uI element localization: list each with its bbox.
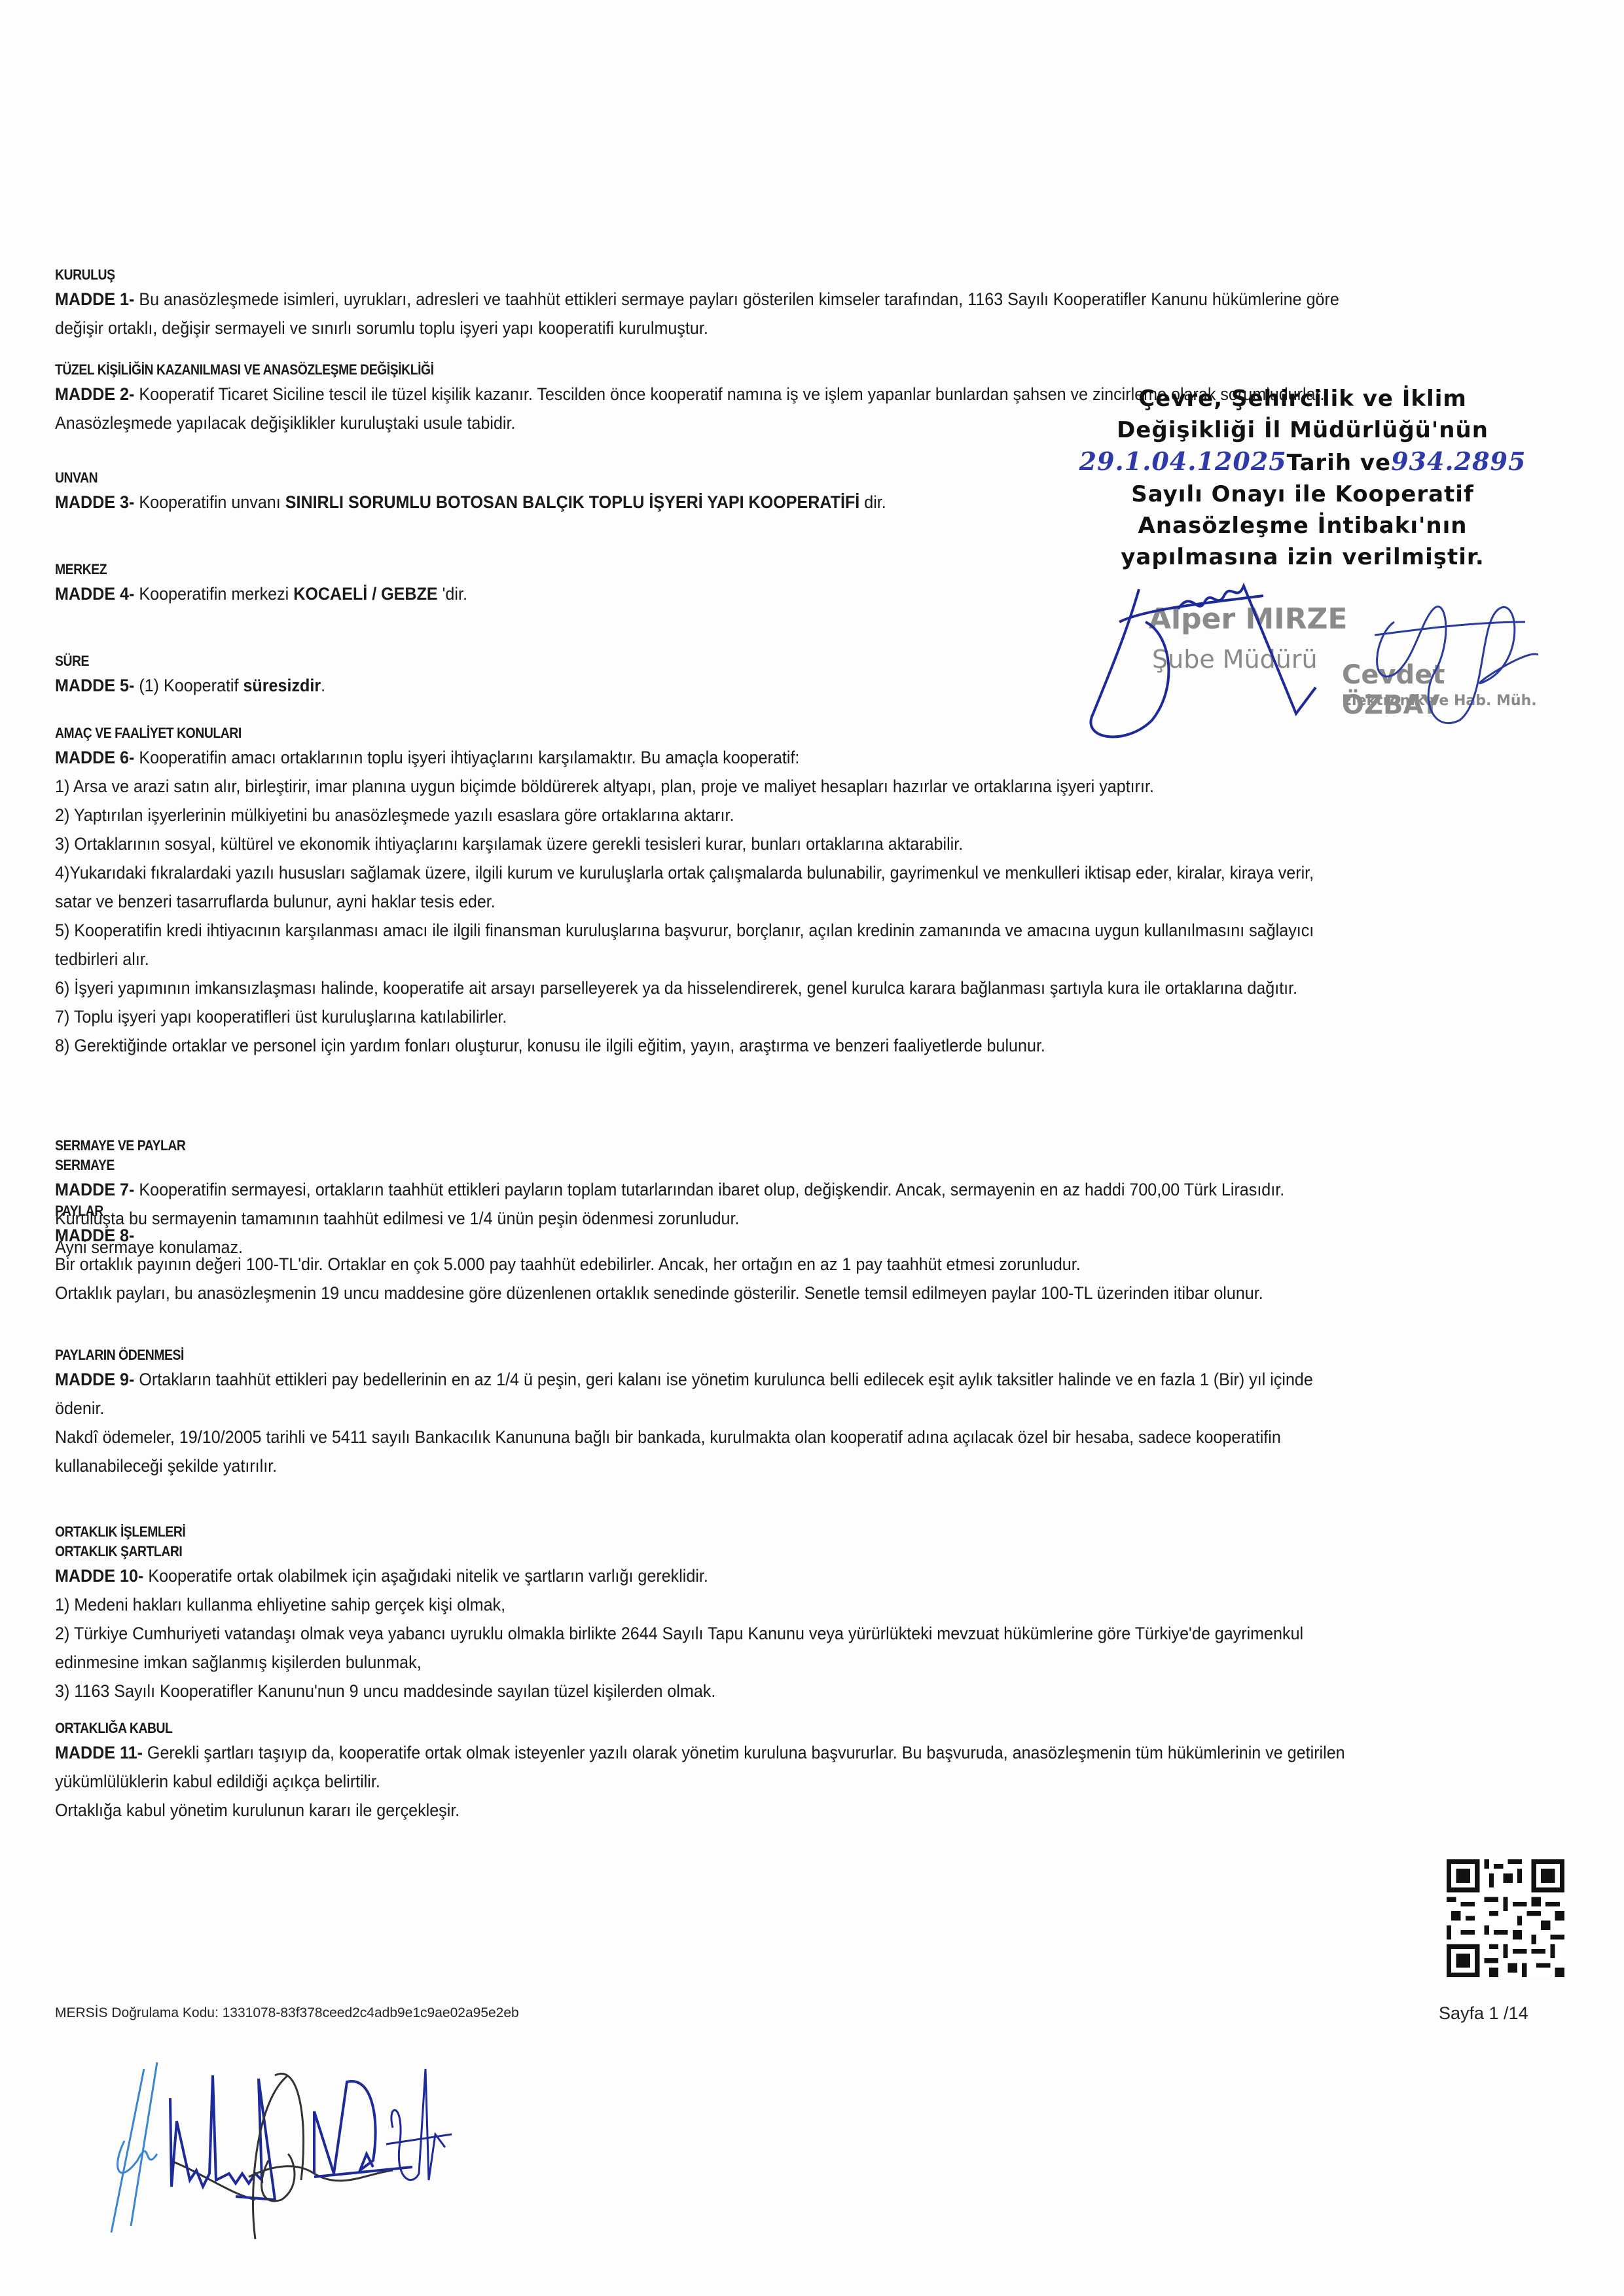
document-page: KURULUŞMADDE 1- Bu anasözleşmede isimler… bbox=[0, 0, 1624, 2296]
article-line: edinmesine imkan sağlanmış kişilerden bu… bbox=[55, 1648, 1437, 1677]
article-line: 5) Kooperatifin kredi ihtiyacının karşıl… bbox=[55, 916, 1437, 945]
article-text: kullanabileceği şekilde yatırılır. bbox=[55, 1456, 277, 1476]
official-signatures: Alper MIRZE Şube Müdürü Cevdet ÖZBAY Ele… bbox=[1067, 583, 1538, 740]
article-section: PAYLARIN ÖDENMESİMADDE 9- Ortakların taa… bbox=[55, 1345, 1541, 1480]
article-text: Ortaklığa kabul yönetim kurulunun kararı… bbox=[55, 1800, 460, 1820]
signature-official-1-icon bbox=[1067, 583, 1538, 740]
stamp-line-6: yapılmasına izin verilmiştir. bbox=[1074, 541, 1532, 573]
article-section: ORTAKLIK İŞLEMLERİORTAKLIK ŞARTLARIMADDE… bbox=[55, 1522, 1541, 1705]
article-line: 3) Ortaklarının sosyal, kültürel ve ekon… bbox=[55, 829, 1437, 858]
article-text: Kooperatifin merkezi bbox=[134, 584, 293, 604]
article-text: 5) Kooperatifin kredi ihtiyacının karşıl… bbox=[55, 920, 1314, 940]
founder-signatures-icon bbox=[98, 2062, 1080, 2246]
article-text: 4)Yukarıdaki fıkralardaki yazılı hususla… bbox=[55, 863, 1314, 883]
section-subheading: ORTAKLIK ŞARTLARI bbox=[55, 1542, 1363, 1561]
stamp-date-handwritten: 29.1.04.12025 bbox=[1079, 446, 1287, 476]
qr-code-icon bbox=[1447, 1859, 1564, 1977]
article-section: KURULUŞMADDE 1- Bu anasözleşmede isimler… bbox=[55, 265, 1541, 342]
article-line: MADDE 11- Gerekli şartları taşıyıp da, k… bbox=[55, 1738, 1437, 1767]
article-line: 4)Yukarıdaki fıkralardaki yazılı hususla… bbox=[55, 858, 1437, 887]
article-label: MADDE 9- bbox=[55, 1370, 134, 1389]
article-bold-value: süresizdir bbox=[243, 676, 321, 695]
article-text: edinmesine imkan sağlanmış kişilerden bu… bbox=[55, 1652, 422, 1672]
article-label: MADDE 1- bbox=[55, 289, 134, 309]
stamp-line-2: Değişikliği İl Müdürlüğü'nün bbox=[1074, 414, 1532, 446]
article-label: MADDE 6- bbox=[55, 748, 134, 767]
article-line: tedbirleri alır. bbox=[55, 945, 1437, 974]
article-text: 6) İşyeri yapımının imkansızlaşması hali… bbox=[55, 978, 1297, 998]
article-line: Bir ortaklık payının değeri 100-TL'dir. … bbox=[55, 1250, 1437, 1279]
article-line: değişir ortaklı, değişir sermayeli ve sı… bbox=[55, 314, 1437, 342]
article-line: Ortaklığa kabul yönetim kurulunun kararı… bbox=[55, 1796, 1437, 1825]
article-section: PAYLARMADDE 8-Bir ortaklık payının değer… bbox=[55, 1201, 1541, 1307]
article-text: tedbirleri alır. bbox=[55, 949, 149, 969]
stamp-line-3: 29.1.04.12025Tarih ve934.2895 bbox=[1074, 446, 1532, 479]
article-section: ORTAKLIĞA KABULMADDE 11- Gerekli şartlar… bbox=[55, 1719, 1541, 1825]
article-line: 7) Toplu işyeri yapı kooperatifleri üst … bbox=[55, 1002, 1437, 1031]
stamp-line-5: Anasözleşme İntibakı'nın bbox=[1074, 510, 1532, 541]
article-section: AMAÇ VE FAALİYET KONULARIMADDE 6- Kooper… bbox=[55, 723, 1541, 1060]
article-text: 2) Türkiye Cumhuriyeti vatandaşı olmak v… bbox=[55, 1624, 1303, 1643]
article-text: Kooperatifin amacı ortaklarının toplu iş… bbox=[134, 748, 799, 767]
article-text: 'dir. bbox=[438, 584, 467, 604]
article-text: (1) Kooperatif bbox=[134, 676, 243, 695]
stamp-date-label: Tarih ve bbox=[1287, 450, 1391, 476]
article-label: MADDE 5- bbox=[55, 676, 134, 695]
article-line: MADDE 1- Bu anasözleşmede isimleri, uyru… bbox=[55, 285, 1437, 314]
section-heading: TÜZEL KİŞİLİĞİN KAZANILMASI VE ANASÖZLEŞ… bbox=[55, 360, 1363, 380]
article-text: 3) Ortaklarının sosyal, kültürel ve ekon… bbox=[55, 834, 963, 854]
article-text: Ortakların taahhüt ettikleri pay bedelle… bbox=[134, 1370, 1312, 1389]
article-text: satar ve benzeri tasarruflarda bulunur, … bbox=[55, 892, 496, 911]
section-heading: PAYLARIN ÖDENMESİ bbox=[55, 1345, 1363, 1365]
article-label: MADDE 2- bbox=[55, 384, 134, 404]
article-line: MADDE 8- bbox=[55, 1221, 1437, 1250]
article-text: 1) Arsa ve arazi satın alır, birleştirir… bbox=[55, 776, 1154, 796]
article-line: satar ve benzeri tasarruflarda bulunur, … bbox=[55, 887, 1437, 916]
article-line: MADDE 10- Kooperatife ortak olabilmek iç… bbox=[55, 1561, 1437, 1590]
article-line: 3) 1163 Sayılı Kooperatifler Kanunu'nun … bbox=[55, 1677, 1437, 1705]
article-label: MADDE 3- bbox=[55, 492, 134, 512]
article-line: Ortaklık payları, bu anasözleşmenin 19 u… bbox=[55, 1279, 1437, 1307]
article-line: MADDE 7- Kooperatifin sermayesi, ortakla… bbox=[55, 1175, 1437, 1204]
stamp-line-1: Çevre, Şehircilik ve İklim bbox=[1074, 383, 1532, 414]
article-text: yükümlülüklerin kabul edildiği açıkça be… bbox=[55, 1772, 380, 1791]
article-line: 1) Arsa ve arazi satın alır, birleştirir… bbox=[55, 772, 1437, 801]
stamp-line-4: Sayılı Onayı ile Kooperatif bbox=[1074, 479, 1532, 510]
article-line: 2) Yaptırılan işyerlerinin mülkiyetini b… bbox=[55, 801, 1437, 829]
article-text: 7) Toplu işyeri yapı kooperatifleri üst … bbox=[55, 1007, 507, 1027]
article-label: MADDE 4- bbox=[55, 584, 134, 604]
article-line: MADDE 9- Ortakların taahhüt ettikleri pa… bbox=[55, 1365, 1437, 1394]
approval-stamp: Çevre, Şehircilik ve İklim Değişikliği İ… bbox=[1074, 383, 1532, 573]
article-line: Nakdî ödemeler, 19/10/2005 tarihli ve 54… bbox=[55, 1423, 1437, 1451]
article-text: Anasözleşmede yapılacak değişiklikler ku… bbox=[55, 413, 515, 433]
article-text: Bu anasözleşmede isimleri, uyrukları, ad… bbox=[134, 289, 1339, 309]
stamp-number-handwritten: 934.2895 bbox=[1391, 446, 1526, 476]
article-text: Ortaklık payları, bu anasözleşmenin 19 u… bbox=[55, 1283, 1263, 1303]
section-heading: ORTAKLIĞA KABUL bbox=[55, 1719, 1363, 1738]
article-text: değişir ortaklı, değişir sermayeli ve sı… bbox=[55, 318, 708, 338]
article-text: Kooperatifin sermayesi, ortakların taahh… bbox=[134, 1180, 1284, 1199]
article-text: . bbox=[321, 676, 325, 695]
article-label: MADDE 11- bbox=[55, 1743, 143, 1762]
article-text: Gerekli şartları taşıyıp da, kooperatife… bbox=[143, 1743, 1345, 1762]
section-heading: KURULUŞ bbox=[55, 265, 1363, 285]
article-bold-value: SINIRLI SORUMLU BOTOSAN BALÇIK TOPLU İŞY… bbox=[285, 492, 860, 512]
article-line: kullanabileceği şekilde yatırılır. bbox=[55, 1451, 1437, 1480]
section-subheading: SERMAYE bbox=[55, 1156, 1363, 1175]
article-text: dir. bbox=[859, 492, 886, 512]
article-line: 1) Medeni hakları kullanma ehliyetine sa… bbox=[55, 1590, 1437, 1619]
article-line: 6) İşyeri yapımının imkansızlaşması hali… bbox=[55, 974, 1437, 1002]
article-label: MADDE 10- bbox=[55, 1566, 143, 1586]
article-text: Kooperatifin unvanı bbox=[134, 492, 285, 512]
article-bold-value: KOCAELİ / GEBZE bbox=[293, 584, 437, 604]
article-label: MADDE 7- bbox=[55, 1180, 134, 1199]
article-text: Bir ortaklık payının değeri 100-TL'dir. … bbox=[55, 1254, 1081, 1274]
article-line: MADDE 6- Kooperatifin amacı ortaklarının… bbox=[55, 743, 1437, 772]
article-text: ödenir. bbox=[55, 1398, 104, 1418]
article-line: 2) Türkiye Cumhuriyeti vatandaşı olmak v… bbox=[55, 1619, 1437, 1648]
article-line: 8) Gerektiğinde ortaklar ve personel içi… bbox=[55, 1031, 1437, 1060]
article-line: ödenir. bbox=[55, 1394, 1437, 1423]
section-heading: SERMAYE VE PAYLAR bbox=[55, 1136, 1363, 1156]
section-heading: ORTAKLIK İŞLEMLERİ bbox=[55, 1522, 1363, 1542]
page-number: Sayfa 1 /14 bbox=[1439, 2003, 1528, 2024]
article-text: Kooperatife ortak olabilmek için aşağıda… bbox=[143, 1566, 708, 1586]
mersis-verification-code: MERSİS Doğrulama Kodu: 1331078-83f378cee… bbox=[55, 2005, 519, 2021]
section-heading: PAYLAR bbox=[55, 1201, 1363, 1221]
article-text: 2) Yaptırılan işyerlerinin mülkiyetini b… bbox=[55, 805, 734, 825]
article-text: 3) 1163 Sayılı Kooperatifler Kanunu'nun … bbox=[55, 1681, 715, 1701]
article-text: 8) Gerektiğinde ortaklar ve personel içi… bbox=[55, 1036, 1045, 1055]
article-text: 1) Medeni hakları kullanma ehliyetine sa… bbox=[55, 1595, 505, 1614]
article-text: Nakdî ödemeler, 19/10/2005 tarihli ve 54… bbox=[55, 1427, 1281, 1447]
article-label: MADDE 8- bbox=[55, 1226, 134, 1245]
article-line: yükümlülüklerin kabul edildiği açıkça be… bbox=[55, 1767, 1437, 1796]
